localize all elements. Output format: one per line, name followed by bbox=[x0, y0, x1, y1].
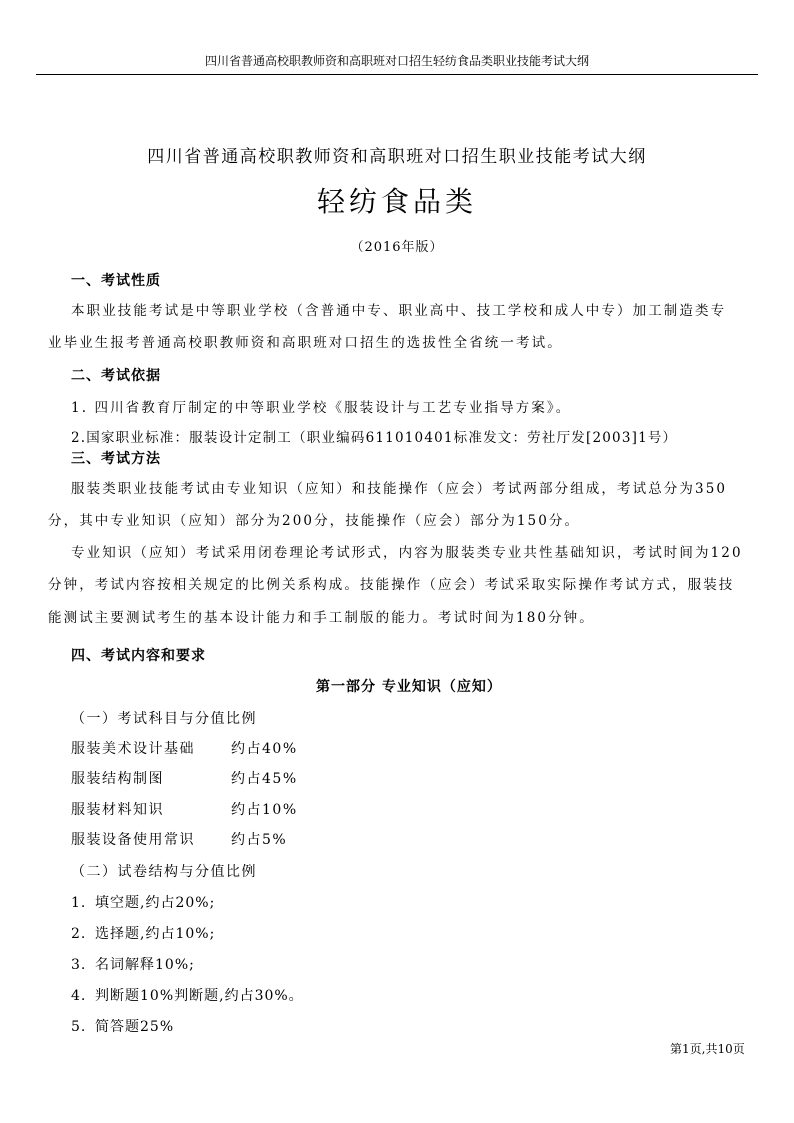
subject-name: 服装结构制图 bbox=[71, 769, 231, 789]
subject-share: 约占10% bbox=[231, 802, 298, 818]
subject-share: 约占40% bbox=[231, 741, 298, 757]
basis-item-2: 2.国家职业标准：服装设计定制工（职业编码611010401标准发文：劳社厅发[… bbox=[71, 428, 677, 448]
list-text: 名词解释10%; bbox=[95, 957, 195, 973]
structure-list-item: 1.填空题,约占20%; bbox=[71, 893, 215, 913]
list-number: 1. bbox=[71, 893, 95, 913]
subject-row: 服装结构制图约占45% bbox=[71, 769, 298, 789]
document-edition: （2016年版） bbox=[0, 238, 794, 258]
structure-list-item: 5.简答题25% bbox=[71, 1017, 174, 1037]
document-title: 四川省普通高校职教师资和高职班对口招生职业技能考试大纲 bbox=[0, 145, 794, 169]
method-paragraph-1-line-2: 分，其中专业知识（应知）部分为200分，技能操作（应会）部分为150分。 bbox=[48, 511, 580, 531]
header-divider bbox=[36, 74, 758, 75]
list-number: 4. bbox=[71, 986, 95, 1006]
subject-ratio-title: （一）考试科目与分值比例 bbox=[71, 709, 257, 729]
part-one-title: 第一部分 专业知识（应知） bbox=[316, 677, 502, 697]
method-paragraph-2-line-2: 分钟，考试内容按相关规定的比例关系构成。技能操作（应会）考试采取实际操作考试方式… bbox=[48, 575, 734, 595]
subject-row: 服装材料知识约占10% bbox=[71, 800, 298, 820]
section-nature-paragraph-line-2: 业毕业生报考普通高校职教师资和高职班对口招生的选拔性全省统一考试。 bbox=[48, 333, 563, 353]
section-heading-content: 四、考试内容和要求 bbox=[71, 646, 206, 666]
list-text: 填空题,约占20%; bbox=[95, 895, 215, 911]
list-number: 5. bbox=[71, 1017, 95, 1037]
section-heading-basis: 二、考试依据 bbox=[71, 366, 161, 386]
subject-name: 服装美术设计基础 bbox=[71, 739, 231, 759]
section-heading-nature: 一、考试性质 bbox=[71, 271, 161, 291]
basis-item-1: 1. 四川省教育厅制定的中等职业学校《服装设计与工艺专业指导方案》。 bbox=[71, 398, 571, 418]
running-header: 四川省普通高校职教师资和高职班对口招生轻纺食品类职业技能考试大纲 bbox=[36, 52, 758, 70]
page-number-indicator: 第1页,共10页 bbox=[670, 1040, 745, 1058]
subject-name: 服装材料知识 bbox=[71, 800, 231, 820]
structure-list-item: 4.判断题10%判断题,约占30%。 bbox=[71, 986, 304, 1006]
subject-share: 约占5% bbox=[231, 832, 287, 848]
subject-share: 约占45% bbox=[231, 771, 298, 787]
method-paragraph-2-line-1: 专业知识（应知）考试采用闭卷理论考试形式，内容为服装类专业共性基础知识，考试时间… bbox=[71, 543, 743, 563]
list-number: 2. bbox=[71, 924, 95, 944]
list-text: 选择题,约占10%; bbox=[95, 926, 215, 942]
document-subtitle: 轻纺食品类 bbox=[0, 184, 794, 220]
section-nature-paragraph-line-1: 本职业技能考试是中等职业学校（含普通中专、职业高中、技工学校和成人中专）加工制造… bbox=[71, 301, 726, 321]
structure-list-item: 2.选择题,约占10%; bbox=[71, 924, 215, 944]
paper-structure-title: （二）试卷结构与分值比例 bbox=[71, 862, 257, 882]
subject-row: 服装美术设计基础约占40% bbox=[71, 739, 298, 759]
method-paragraph-1-line-1: 服装类职业技能考试由专业知识（应知）和技能操作（应会）考试两部分组成，考试总分为… bbox=[71, 479, 727, 499]
subject-name: 服装设备使用常识 bbox=[71, 830, 231, 850]
method-paragraph-2-line-3: 能测试主要测试考生的基本设计能力和手工制版的能力。考试时间为180分钟。 bbox=[48, 608, 595, 628]
list-text: 判断题10%判断题,约占30%。 bbox=[95, 988, 304, 1004]
document-page: 四川省普通高校职教师资和高职班对口招生轻纺食品类职业技能考试大纲 四川省普通高校… bbox=[0, 0, 794, 1123]
section-heading-method: 三、考试方法 bbox=[71, 449, 161, 469]
list-text: 简答题25% bbox=[95, 1019, 174, 1035]
structure-list-item: 3.名词解释10%; bbox=[71, 955, 195, 975]
subject-row: 服装设备使用常识约占5% bbox=[71, 830, 287, 850]
list-number: 3. bbox=[71, 955, 95, 975]
